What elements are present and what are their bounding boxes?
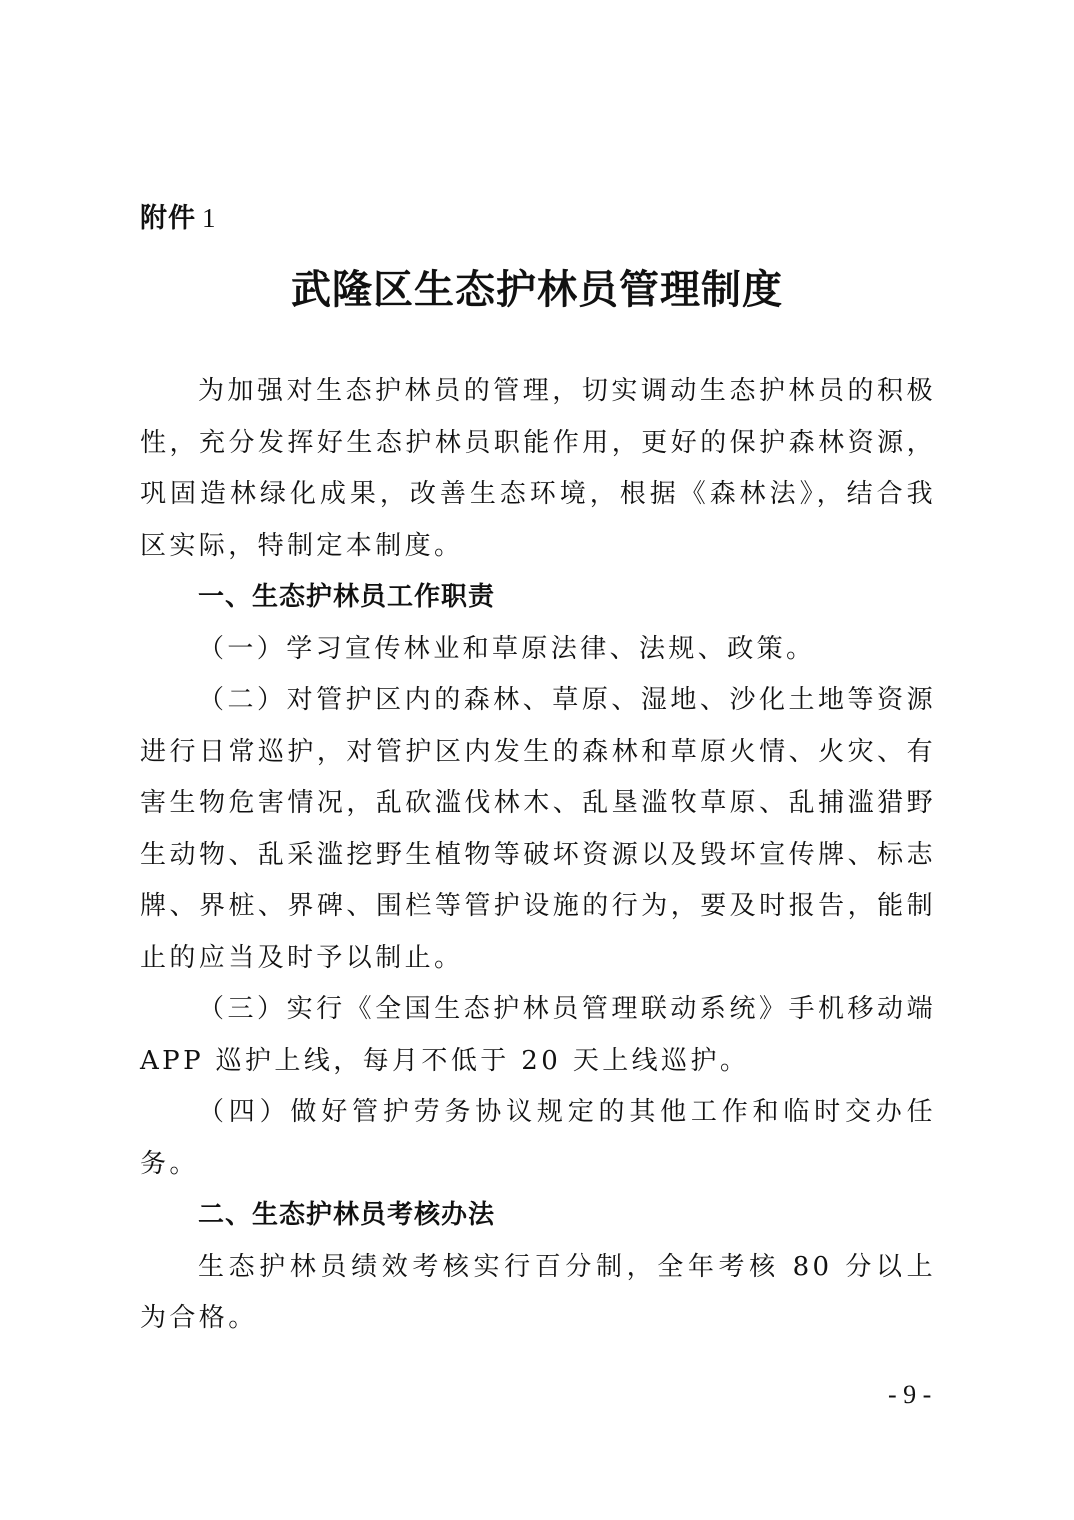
- attachment-label: 附件1: [140, 196, 217, 235]
- duty-item-4: （四）做好管护劳务协议规定的其他工作和临时交办任务。: [140, 1087, 936, 1190]
- document-page: 附件1 武隆区生态护林员管理制度 为加强对生态护林员的管理，切实调动生态护林员的…: [0, 0, 1074, 1520]
- page-number: - 9 -: [888, 1380, 931, 1410]
- section-heading-assessment: 二、生态护林员考核办法: [140, 1190, 936, 1242]
- attachment-text: 附件: [140, 203, 196, 234]
- section-heading-duties: 一、生态护林员工作职责: [140, 572, 936, 624]
- assessment-paragraph: 生态护林员绩效考核实行百分制，全年考核 80 分以上为合格。: [140, 1242, 936, 1345]
- attachment-number: 1: [202, 203, 217, 233]
- document-title: 武隆区生态护林员管理制度: [0, 258, 1074, 315]
- document-body: 为加强对生态护林员的管理，切实调动生态护林员的积极性，充分发挥好生态护林员职能作…: [140, 366, 936, 1345]
- duty-item-1: （一）学习宣传林业和草原法律、法规、政策。: [140, 624, 936, 676]
- duty-item-3: （三）实行《全国生态护林员管理联动系统》手机移动端APP 巡护上线，每月不低于 …: [140, 984, 936, 1087]
- duty-item-2: （二）对管护区内的森林、草原、湿地、沙化土地等资源进行日常巡护，对管护区内发生的…: [140, 675, 936, 984]
- intro-paragraph: 为加强对生态护林员的管理，切实调动生态护林员的积极性，充分发挥好生态护林员职能作…: [140, 366, 936, 572]
